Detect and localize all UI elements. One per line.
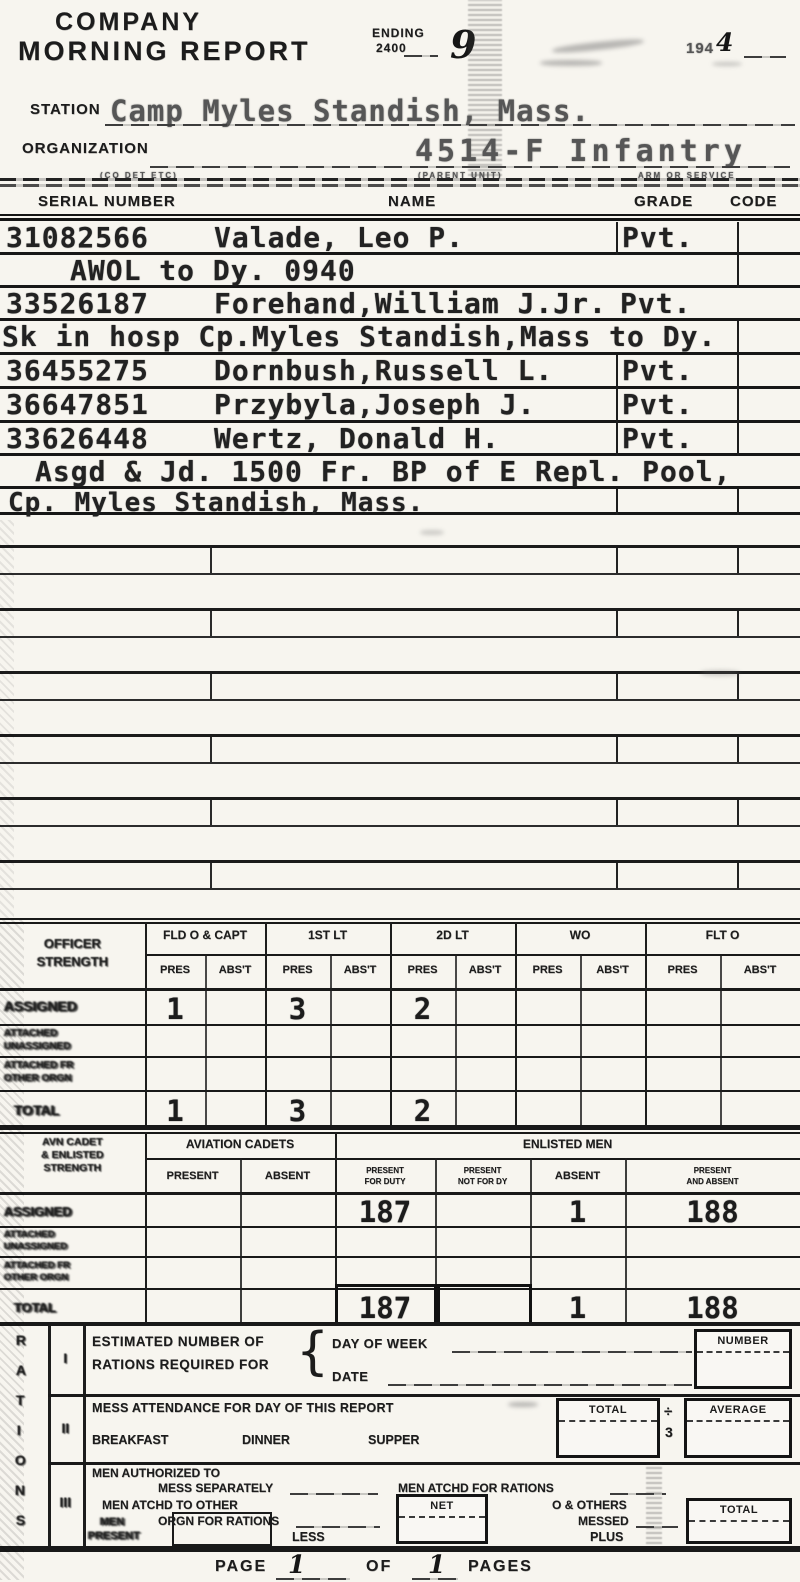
col-header: PRESENT bbox=[625, 1166, 800, 1175]
serial-number: 33526187 bbox=[6, 289, 149, 319]
enlisted-assigned-pfd: 187 bbox=[335, 1195, 435, 1229]
column-header-serial: SERIAL NUMBER bbox=[38, 193, 176, 210]
net-box-label: NET bbox=[399, 1497, 485, 1518]
stamp-smear bbox=[540, 60, 602, 66]
row-label-attached-fr: ATTACHED FR bbox=[4, 1260, 142, 1271]
officer-table-title-line1: OFFICER bbox=[0, 936, 145, 951]
serial-number: 33626448 bbox=[6, 424, 149, 454]
mess-separately-label: MESS SEPARATELY bbox=[158, 1481, 273, 1495]
section-numeral-2: II bbox=[48, 1420, 83, 1436]
average-box: AVERAGE bbox=[684, 1398, 792, 1458]
men-atchd-for-rations-label: MEN ATCHD FOR RATIONS bbox=[398, 1481, 554, 1495]
row-label-total: TOTAL bbox=[14, 1102, 134, 1118]
row-label-attached-fr: ATTACHED FR bbox=[4, 1060, 142, 1071]
men-authorized-line1: MEN AUTHORIZED TO bbox=[92, 1466, 220, 1480]
rations-letter: N bbox=[15, 1482, 25, 1498]
date-label: DATE bbox=[332, 1369, 368, 1384]
col-header: PRESENT bbox=[335, 1166, 435, 1175]
sub-header: ABS'T bbox=[455, 964, 515, 976]
men-present-box bbox=[172, 1512, 272, 1546]
enlisted-total-pfd: 187 bbox=[335, 1291, 435, 1325]
officer-total-value: 1 bbox=[145, 1094, 205, 1128]
enlisted-table-title-line1: AVN CADET bbox=[0, 1136, 145, 1148]
officer-table-title-line2: STRENGTH bbox=[0, 954, 145, 969]
dinner-label: DINNER bbox=[242, 1433, 290, 1447]
enlisted-total-absent: 1 bbox=[530, 1291, 625, 1325]
morning-report-form: COMPANY MORNING REPORT ENDING 2400 9 194… bbox=[0, 0, 800, 1582]
group-header: WO bbox=[515, 928, 645, 942]
rations-letter: S bbox=[16, 1512, 25, 1528]
serial-number: 36455275 bbox=[6, 356, 149, 386]
serial-number: 36647851 bbox=[6, 390, 149, 420]
officer-strength-table: OFFICER STRENGTH FLD O & CAPT 1ST LT 2D … bbox=[0, 918, 800, 1128]
enlisted-strength-table: AVN CADET & ENLISTED STRENGTH AVIATION C… bbox=[0, 1128, 800, 1326]
date-day-handwritten: 9 bbox=[450, 22, 476, 67]
column-header-grade: GRADE bbox=[634, 193, 693, 210]
divide-icon: ÷ bbox=[664, 1403, 672, 1420]
sub-header: PRES bbox=[515, 964, 580, 976]
enlisted-assigned-absent: 1 bbox=[530, 1195, 625, 1229]
tiny-print-smear bbox=[712, 62, 742, 66]
officer-total-value: 3 bbox=[265, 1094, 330, 1128]
row-label-total: TOTAL bbox=[14, 1300, 134, 1315]
row-label-assigned: ASSIGNED bbox=[4, 998, 142, 1014]
mess-attendance-label: MESS ATTENDANCE FOR DAY OF THIS REPORT bbox=[92, 1401, 394, 1415]
officer-assigned-value: 2 bbox=[390, 992, 455, 1026]
organization-value: 4514-F Infantry bbox=[415, 134, 746, 169]
rations-letter: O bbox=[15, 1452, 26, 1468]
net-box: NET bbox=[396, 1494, 488, 1544]
supper-label: SUPPER bbox=[368, 1433, 419, 1447]
mess-total-box: TOTAL bbox=[556, 1398, 660, 1458]
group-header-aviation-cadets: AVIATION CADETS bbox=[145, 1137, 335, 1151]
sub-header: PRES bbox=[145, 964, 205, 976]
row-label-attached: ATTACHED bbox=[4, 1028, 142, 1039]
roster-row: 33526187 Forehand,William J.Jr. Pvt. bbox=[0, 288, 800, 321]
pen-scribble bbox=[552, 37, 644, 55]
pages-label: PAGES bbox=[468, 1558, 533, 1576]
soldier-name: Dornbush,Russell L. bbox=[214, 356, 553, 386]
blank-roster-rows bbox=[0, 706, 800, 769]
row-label-other-orgn: OTHER ORGN bbox=[4, 1073, 142, 1084]
atchd-for-rations-blank bbox=[610, 1493, 666, 1495]
number-box: NUMBER bbox=[694, 1329, 792, 1389]
col-header: AND ABSENT bbox=[625, 1177, 800, 1186]
ending-underline bbox=[404, 55, 438, 57]
estimated-rations-line1: ESTIMATED NUMBER OF bbox=[92, 1334, 264, 1349]
year-printed: 194 bbox=[686, 40, 714, 57]
day-of-week-label: DAY OF WEEK bbox=[332, 1336, 428, 1351]
station-value: Camp Myles Standish, Mass. bbox=[110, 94, 590, 128]
messed-blank bbox=[636, 1526, 678, 1528]
messed-label: MESSED bbox=[578, 1514, 629, 1528]
group-header: FLT O bbox=[645, 928, 800, 942]
row-label-other-orgn: OTHER ORGN bbox=[4, 1272, 142, 1283]
column-header-code: CODE bbox=[730, 193, 777, 210]
separator-rule bbox=[0, 178, 800, 181]
soldier-name: Przybyla,Joseph J. bbox=[214, 390, 535, 420]
grade: Pvt. bbox=[622, 424, 693, 454]
sub-header: PRES bbox=[645, 964, 720, 976]
row-label-assigned: ASSIGNED bbox=[4, 1204, 142, 1219]
section-numeral-3: III bbox=[48, 1494, 83, 1510]
roster-row: 31082566 Valade, Leo P. Pvt. bbox=[0, 222, 800, 255]
separator-rule bbox=[0, 184, 800, 187]
page-label: PAGE bbox=[215, 1558, 267, 1576]
page-number-blank bbox=[276, 1578, 350, 1580]
roster-remark-row: Sk in hosp Cp.Myles Standish,Mass to Dy. bbox=[0, 321, 800, 355]
divide-by-three: 3 bbox=[665, 1424, 673, 1440]
rations-letter: I bbox=[17, 1422, 21, 1438]
ending-time: 2400 bbox=[376, 41, 407, 55]
sub-header: PRES bbox=[265, 964, 330, 976]
officer-total-value: 2 bbox=[390, 1094, 455, 1128]
row-label-attached: ATTACHED bbox=[4, 1229, 142, 1240]
remark: Sk in hosp Cp.Myles Standish,Mass to Dy. bbox=[2, 322, 716, 352]
o-and-others-label: O & OTHERS bbox=[552, 1498, 627, 1512]
stamp-smear bbox=[508, 1402, 538, 1407]
column-header-name: NAME bbox=[388, 193, 436, 210]
year-handwritten: 4 bbox=[716, 28, 733, 57]
blank-roster-rows bbox=[0, 832, 800, 895]
col-header: ABSENT bbox=[530, 1170, 625, 1182]
col-header: FOR DUTY bbox=[335, 1177, 435, 1186]
page-number: 1 bbox=[288, 1550, 305, 1579]
date-blank bbox=[388, 1384, 692, 1386]
brace: { bbox=[296, 1322, 329, 1382]
form-title-line1: COMPANY bbox=[55, 8, 202, 37]
remark: Asgd & Jd. 1500 Fr. BP of E Repl. Pool, bbox=[35, 457, 731, 487]
enlisted-assigned-pa: 188 bbox=[625, 1195, 800, 1229]
enlisted-table-title-line3: STRENGTH bbox=[0, 1162, 145, 1174]
roster-row: 33626448 Wertz, Donald H. Pvt. bbox=[0, 423, 800, 456]
year-underline bbox=[744, 56, 786, 58]
station-label: STATION bbox=[30, 101, 101, 118]
of-label: OF bbox=[366, 1558, 392, 1576]
section-numeral-1: I bbox=[48, 1350, 83, 1366]
col-header: ABSENT bbox=[240, 1170, 335, 1182]
rations-total-box: TOTAL bbox=[686, 1498, 792, 1544]
station-underline bbox=[105, 124, 795, 126]
roster-remark-row: Cp. Myles Standish, Mass. bbox=[0, 489, 800, 515]
blank-roster-rows bbox=[0, 580, 800, 643]
breakfast-label: BREAKFAST bbox=[92, 1433, 168, 1447]
estimated-rations-line2: RATIONS REQUIRED FOR bbox=[92, 1357, 269, 1372]
ending-label: ENDING bbox=[372, 26, 425, 40]
tape-smudge bbox=[646, 1464, 662, 1544]
soldier-name: Valade, Leo P. bbox=[214, 223, 464, 253]
remark: Cp. Myles Standish, Mass. bbox=[8, 490, 424, 516]
day-of-week-blank bbox=[452, 1351, 692, 1353]
mess-total-box-label: TOTAL bbox=[559, 1401, 657, 1422]
sub-header: ABS'T bbox=[330, 964, 390, 976]
grade: Pvt. bbox=[622, 390, 693, 420]
men-label: MEN bbox=[100, 1516, 124, 1528]
officer-assigned-value: 1 bbox=[145, 992, 205, 1026]
rations-letter: A bbox=[16, 1362, 26, 1378]
less-label: LESS bbox=[292, 1530, 325, 1544]
remark: AWOL to Dy. 0940 bbox=[70, 256, 356, 286]
roster-row: 36455275 Dornbush,Russell L. Pvt. bbox=[0, 355, 800, 389]
men-atchd-to-other-label: MEN ATCHD TO OTHER bbox=[102, 1498, 238, 1512]
sub-header: PRES bbox=[390, 964, 455, 976]
total-pnfd-box bbox=[437, 1284, 532, 1325]
roster-row: 36647851 Przybyla,Joseph J. Pvt. bbox=[0, 389, 800, 423]
col-header: PRESENT bbox=[145, 1170, 240, 1182]
officer-assigned-value: 3 bbox=[265, 992, 330, 1026]
roster-remark-row: AWOL to Dy. 0940 bbox=[0, 255, 800, 288]
rations-section: R A T I O N S I II III ESTIMATED NUMBER … bbox=[0, 1326, 800, 1556]
rations-letter: T bbox=[16, 1392, 25, 1408]
present-label: PRESENT bbox=[88, 1530, 140, 1542]
row-label-unassigned: UNASSIGNED bbox=[4, 1241, 142, 1252]
grade: Pvt. bbox=[620, 289, 691, 319]
blank-roster-rows bbox=[0, 517, 800, 580]
number-box-label: NUMBER bbox=[697, 1332, 789, 1353]
row-label-unassigned: UNASSIGNED bbox=[4, 1041, 142, 1052]
organization-label: ORGANIZATION bbox=[22, 140, 149, 157]
average-box-label: AVERAGE bbox=[687, 1401, 789, 1422]
enlisted-total-pa: 188 bbox=[625, 1291, 800, 1325]
sub-header: ABS'T bbox=[580, 964, 645, 976]
col-header: NOT FOR DY bbox=[435, 1177, 530, 1186]
grade: Pvt. bbox=[622, 356, 693, 386]
blank-roster-rows bbox=[0, 643, 800, 706]
blank-roster-rows bbox=[0, 769, 800, 832]
group-header: 1ST LT bbox=[265, 928, 390, 942]
rations-total-box-label: TOTAL bbox=[689, 1501, 789, 1522]
form-title-line2: MORNING REPORT bbox=[18, 36, 311, 67]
header-double-rule bbox=[0, 214, 800, 221]
total-pages: 1 bbox=[428, 1550, 445, 1579]
group-header-enlisted-men: ENLISTED MEN bbox=[335, 1137, 800, 1151]
soldier-name: Forehand,William J.Jr. bbox=[214, 289, 607, 319]
mess-separately-blank bbox=[290, 1493, 378, 1495]
organization-underline bbox=[150, 166, 790, 168]
roster-remark-row: Asgd & Jd. 1500 Fr. BP of E Repl. Pool, bbox=[0, 456, 800, 489]
group-header: 2D LT bbox=[390, 928, 515, 942]
plus-label: PLUS bbox=[590, 1530, 623, 1544]
group-header: FLD O & CAPT bbox=[145, 928, 265, 942]
col-header: PRESENT bbox=[435, 1166, 530, 1175]
soldier-name: Wertz, Donald H. bbox=[214, 424, 500, 454]
serial-number: 31082566 bbox=[6, 223, 149, 253]
orgn-for-rations-blank bbox=[296, 1526, 380, 1528]
sub-header: ABS'T bbox=[720, 964, 800, 976]
rations-letter: R bbox=[16, 1332, 26, 1348]
grade: Pvt. bbox=[622, 223, 693, 253]
sub-header: ABS'T bbox=[205, 964, 265, 976]
total-pages-blank bbox=[412, 1578, 458, 1580]
enlisted-table-title-line2: & ENLISTED bbox=[0, 1149, 145, 1161]
